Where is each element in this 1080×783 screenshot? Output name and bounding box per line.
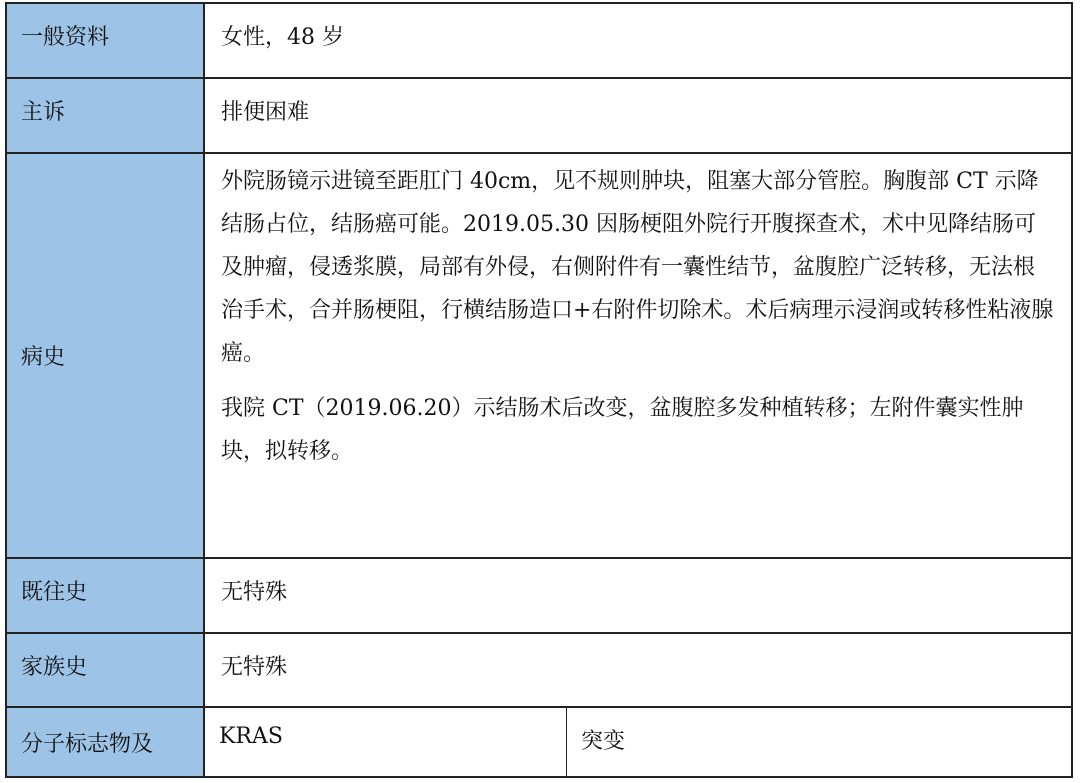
patient-info-table: 一般资料 女性，48 岁 主诉 排便困难 病史 外院肠镜示进镜至距肛门 40cm…	[5, 2, 1073, 778]
row-molecular-markers: 分子标志物及 KRAS 突变	[7, 706, 1071, 776]
marker-status: 突变	[567, 708, 1071, 776]
row-chief-complaint: 主诉 排便困难	[7, 77, 1071, 152]
history-paragraph: 外院肠镜示进镜至距肛门 40cm，见不规则肿块，阻塞大部分管腔。胸腹部 CT 示…	[221, 160, 1055, 375]
row-label: 分子标志物及	[7, 708, 205, 776]
row-label: 病史	[7, 154, 205, 557]
row-value: 排便困难	[205, 79, 1071, 152]
marker-name: KRAS	[205, 708, 567, 776]
row-label: 一般资料	[7, 4, 205, 77]
row-medical-history: 病史 外院肠镜示进镜至距肛门 40cm，见不规则肿块，阻塞大部分管腔。胸腹部 C…	[7, 152, 1071, 557]
row-past-history: 既往史 无特殊	[7, 557, 1071, 632]
marker-cells: KRAS 突变	[205, 708, 1071, 776]
row-value: 外院肠镜示进镜至距肛门 40cm，见不规则肿块，阻塞大部分管腔。胸腹部 CT 示…	[205, 154, 1071, 557]
row-label: 既往史	[7, 559, 205, 632]
row-label: 家族史	[7, 634, 205, 706]
row-value: 女性，48 岁	[205, 4, 1071, 77]
row-family-history: 家族史 无特殊	[7, 632, 1071, 706]
row-value: 无特殊	[205, 634, 1071, 706]
row-value: 无特殊	[205, 559, 1071, 632]
history-paragraph: 我院 CT（2019.06.20）示结肠术后改变，盆腹腔多发种植转移；左附件囊实…	[221, 387, 1055, 473]
row-general-info: 一般资料 女性，48 岁	[7, 4, 1071, 77]
row-label: 主诉	[7, 79, 205, 152]
